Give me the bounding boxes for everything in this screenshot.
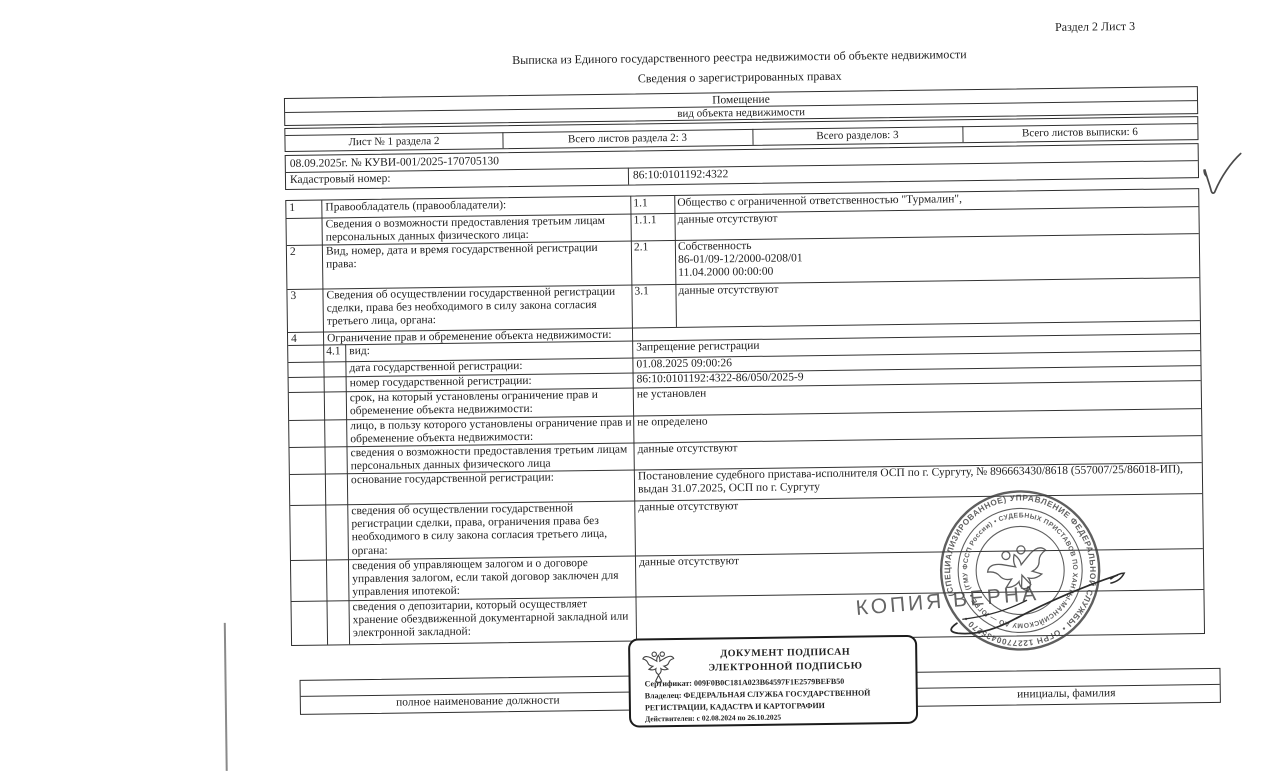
row-label: срок, на который установлены ограничение… [350, 389, 632, 420]
handwritten-checkmark-icon [1198, 149, 1247, 202]
row-label: Сведения о возможности предоставления тр… [325, 215, 625, 244]
sheet-cell: Всего разделов: 3 [752, 128, 962, 144]
row-label: лицо, в пользу которого установлены огра… [350, 417, 632, 447]
row-code: 1.1 [633, 197, 671, 211]
section-sheet-label: Раздел 2 Лист 3 [1055, 19, 1215, 34]
row-label: Сведения об осуществлении государственно… [326, 286, 627, 331]
row-num: 4 [291, 333, 319, 347]
row-label: Вид, номер, дата и время государственной… [326, 242, 627, 288]
scanned-document: Раздел 2 Лист 3 Выписка из Единого госуд… [0, 0, 1280, 777]
handwritten-signature [932, 547, 1153, 640]
document-subtitle: Сведения о зарегистрированных правах [284, 65, 1196, 90]
stamp-validity: Действителен: с 02.08.2024 по 26.10.2025 [645, 711, 905, 723]
row-code: 2.1 [634, 241, 672, 255]
row-num: 2 [290, 246, 318, 260]
document-page: Раздел 2 Лист 3 Выписка из Единого госуд… [0, 0, 1280, 777]
stamp-owner: Владелец: ФЕДЕРАЛЬНАЯ СЛУЖБА ГОСУДАРСТВЕ… [645, 688, 905, 700]
row-value: Собственность 86-01/09-12/2000-0208/01 1… [678, 234, 1194, 283]
sheet-cell: Всего листов выписки: 6 [962, 125, 1197, 141]
row-label: сведения о депозитарии, который осуществ… [353, 598, 636, 644]
row-value: не определено [637, 409, 1192, 429]
row-value: данные отсутствуют [637, 436, 1192, 456]
electronic-signature-stamp: ДОКУМЕНТ ПОДПИСАН ЭЛЕКТРОННОЙ ПОДПИСЬЮ С… [628, 635, 918, 728]
row-label: сведения об управляющем залогом и о дого… [352, 557, 634, 601]
row-label: основание государственной регистрации: [351, 471, 633, 505]
stamp-line1: ДОКУМЕНТ ПОДПИСАН [670, 646, 900, 660]
row-label: вид: [349, 342, 629, 359]
divider [628, 168, 629, 185]
row-code: 1.1.1 [633, 214, 671, 228]
row-num: 3 [290, 290, 318, 304]
page-edge-line [224, 623, 228, 771]
row-label: сведения о возможности предоставления тр… [350, 444, 632, 474]
stamp-line2: ЭЛЕКТРОННОЙ ПОДПИСЬЮ [670, 660, 900, 674]
row-code: 3.1 [634, 285, 672, 299]
sheet-cell: Всего листов раздела 2: 3 [502, 131, 752, 147]
name-caption: инициалы, фамилия [913, 686, 1220, 703]
sheet-cell: Лист № 1 раздела 2 [285, 134, 502, 150]
row-num: 1 [289, 202, 317, 216]
stamp-certificate: Сертификат: 009F0B0C181A023B64597F1E2579… [645, 676, 905, 688]
row-label: сведения об осуществлении государственно… [351, 502, 634, 560]
row-num: 4.1 [326, 345, 344, 358]
